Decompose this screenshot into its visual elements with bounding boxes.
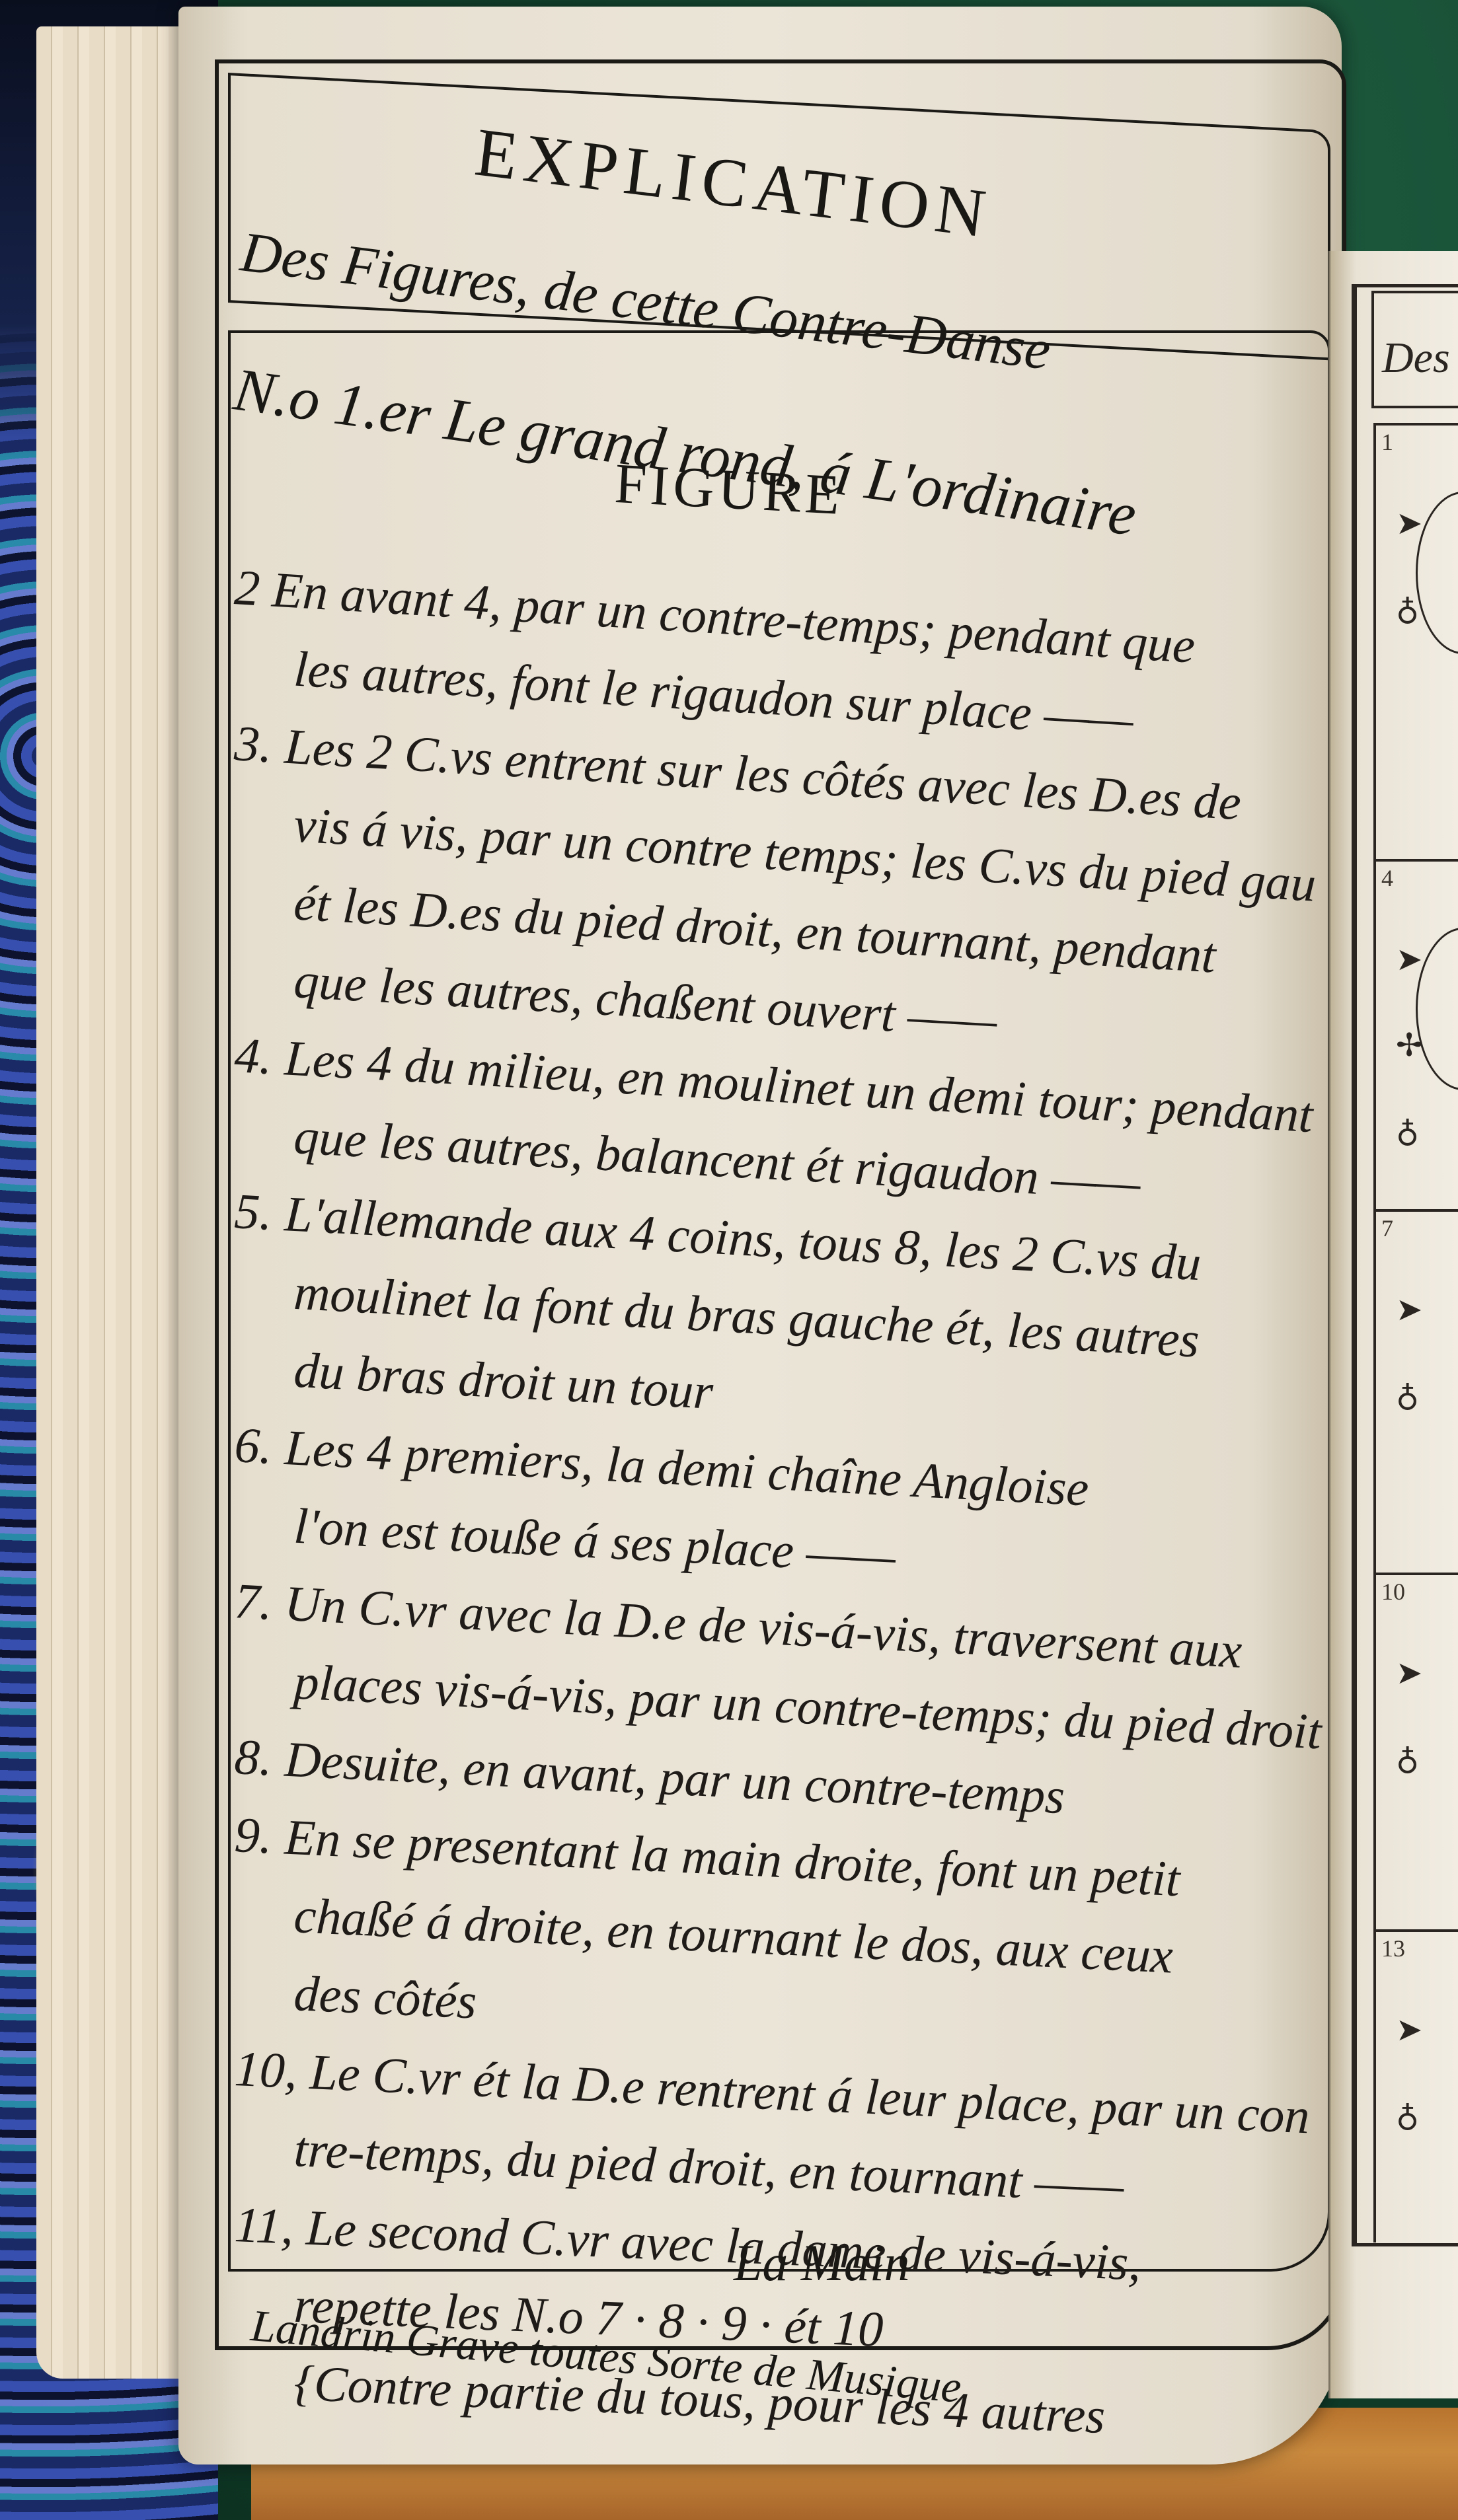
panel-number: 13 <box>1381 1935 1405 1962</box>
figure-panel: 4➤✢♁ <box>1373 859 1458 1212</box>
panel-number: 10 <box>1381 1578 1405 1606</box>
figure-panel: 10➤♁ <box>1373 1573 1458 1932</box>
figure-panel: 1➤♁ <box>1373 423 1458 862</box>
figure-8-icon: ♁ <box>1396 1377 1419 1414</box>
panel-number: 7 <box>1381 1214 1393 1242</box>
pointer-right-icon: ➤ <box>1396 2011 1422 2048</box>
figure-section-label: FIGURE <box>613 450 845 528</box>
facing-page-title-box: Des <box>1371 291 1458 408</box>
figure-8-icon: ♁ <box>1396 1113 1419 1150</box>
figure-panel: 13➤♁ <box>1373 1929 1458 2242</box>
facing-page-title: Des <box>1382 333 1450 383</box>
figure-panel: 7➤♁ <box>1373 1209 1458 1575</box>
pointer-right-icon: ➤ <box>1396 1654 1422 1691</box>
figure-8-icon: ♁ <box>1396 2097 1419 2134</box>
pointer-right-icon: ➤ <box>1396 505 1422 542</box>
figure-8-icon: ♁ <box>1396 591 1419 628</box>
pointer-right-icon: ➤ <box>1396 941 1422 978</box>
figure-8-icon: ♁ <box>1396 1740 1419 1777</box>
instruction-list: 2 En avant 4, par un contre-temps; penda… <box>235 548 1332 2420</box>
pointer-right-icon: ➤ <box>1396 1291 1422 1328</box>
panel-number: 4 <box>1381 864 1393 892</box>
closing-text: La Main <box>734 2233 910 2293</box>
panel-number: 1 <box>1381 428 1393 456</box>
